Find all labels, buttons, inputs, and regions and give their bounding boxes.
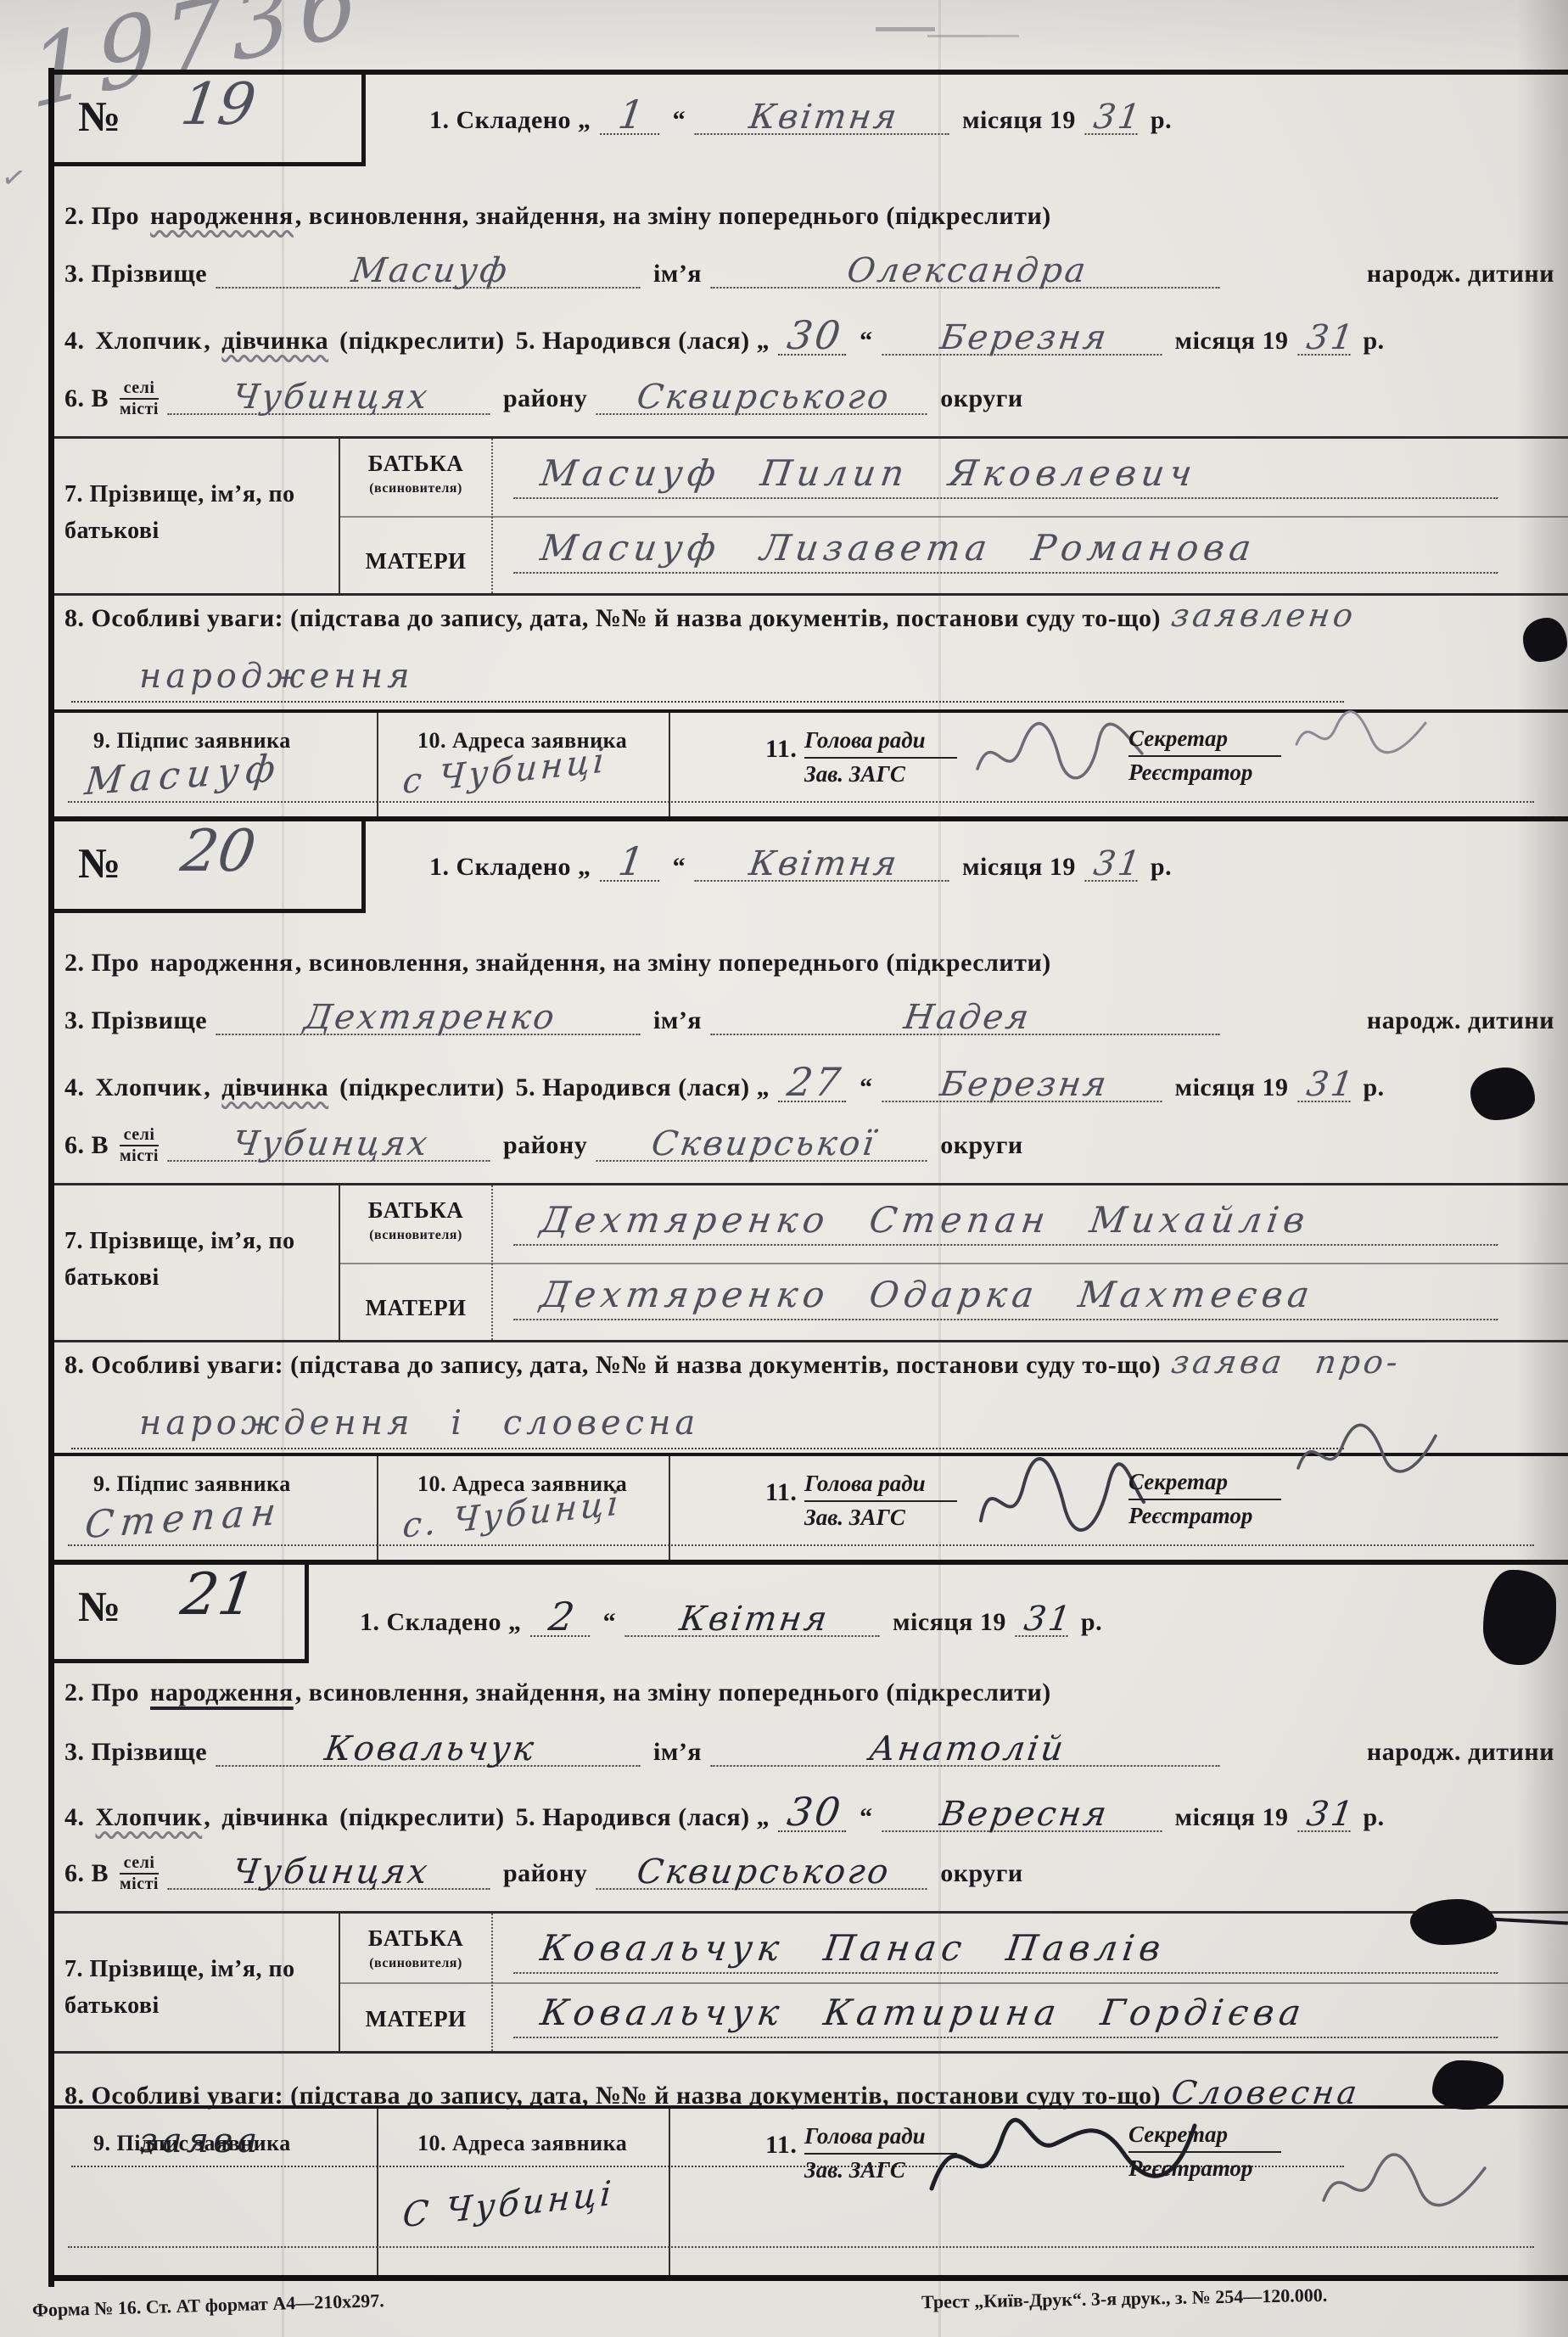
year-suffix: р. xyxy=(1151,853,1172,882)
child-suffix-label: народж. дитини xyxy=(1367,260,1554,289)
remarks-line: 8. Особливі уваги: (підстава до запису, … xyxy=(64,1343,1554,1381)
composed-month: Квітня xyxy=(694,849,953,882)
secretary-bottom-label: Реєстратор xyxy=(1128,1500,1281,1531)
underline-note: (підкреслити) xyxy=(339,1803,504,1832)
seli-misti-fraction: селі місті xyxy=(120,1125,159,1166)
village-value: Чубинцях xyxy=(167,383,494,415)
father-label: БАТЬКА xyxy=(340,1197,491,1224)
child-name-value: Надея xyxy=(710,1003,1224,1035)
form-left-border xyxy=(48,68,54,2287)
birth-date-line: 4. Хлопчик , дівчинка (підкреслити) 5. Н… xyxy=(64,319,1554,356)
birth-word-underlined: народження xyxy=(150,202,294,231)
record-number-box: № 20 xyxy=(54,821,366,913)
birth-day: 27 xyxy=(778,1066,851,1102)
seli-misti-fraction: селі місті xyxy=(120,378,159,419)
boy-word-underlined: Хлопчик xyxy=(96,1803,203,1832)
in-label: 6. В xyxy=(64,1131,109,1160)
surname-label: 3. Прізвище xyxy=(64,260,207,289)
item11-label: 11. xyxy=(765,735,797,764)
month-19-label: місяця 19 xyxy=(1175,1803,1289,1832)
official-signature xyxy=(1315,2148,1502,2224)
applicant-address: С Чубинці xyxy=(401,2174,616,2236)
composed-line: 1. Складено „ 1 “ Квітня місяця 19 31 р. xyxy=(429,845,1554,882)
remarks-line-2: народження xyxy=(71,657,1344,703)
quote-mark: “ xyxy=(860,1803,873,1832)
district-value: Сквирського xyxy=(596,383,932,415)
district-value: Сквирської xyxy=(596,1129,932,1162)
child-name-value: Анатолій xyxy=(710,1735,1224,1767)
head-top-label: Голова ради xyxy=(804,1468,957,1502)
name-label: ім’я xyxy=(653,1006,702,1035)
about-rest: , всиновлення, знайдення, на зміну попер… xyxy=(295,1678,1051,1707)
birth-word: народження xyxy=(150,949,294,978)
officials-cell: 11. Голова ради Зав. ЗАГС Секретар Реєст… xyxy=(670,2109,1568,2275)
applicant-signature: Масиуф xyxy=(83,747,284,804)
birth-day: 30 xyxy=(778,1796,851,1832)
composed-year: 31 xyxy=(1084,849,1141,882)
child-suffix-label: народж. дитини xyxy=(1367,1738,1554,1767)
record-number-box: № 19 xyxy=(54,75,366,166)
record-number: 19 xyxy=(176,71,260,138)
mother-label: МАТЕРИ xyxy=(340,548,491,574)
item8-label: 8. Особливі уваги: (підстава до запису, … xyxy=(64,1351,1161,1380)
village-value: Чубинцях xyxy=(167,1858,494,1890)
item9-label: 9. Підпис заявника xyxy=(93,2131,291,2156)
no-sign: № xyxy=(78,838,121,888)
secretary-top-label: Секретар xyxy=(1128,2119,1281,2153)
record-20: № 20 1. Складено „ 1 “ Квітня місяця 19 … xyxy=(54,816,1568,1560)
secretary-label: Секретар Реєстратор xyxy=(1128,1466,1281,1532)
year-suffix: р. xyxy=(1364,327,1385,356)
head-top-label: Голова ради xyxy=(804,725,957,759)
father-name-value: Ковальчук Панас Павлів xyxy=(513,1927,1504,1974)
child-name-value: Олександра xyxy=(710,256,1224,289)
quote-mark: “ xyxy=(673,106,686,135)
year-suffix: р. xyxy=(1364,1073,1385,1102)
item7-label: 7. Прізвище, ім’я, по батькові xyxy=(64,1223,311,1297)
secretary-top-label: Секретар xyxy=(1128,723,1281,757)
quote-mark: “ xyxy=(673,853,686,882)
comma: , xyxy=(204,1803,210,1832)
head-bottom-label: Зав. ЗАГС xyxy=(804,1502,957,1533)
boy-word: Хлопчик xyxy=(96,327,203,356)
seli-label: селі xyxy=(120,378,159,400)
misti-label: місті xyxy=(120,1875,159,1894)
mother-label: МАТЕРИ xyxy=(340,2006,491,2032)
born-label: 5. Народився (лася) „ xyxy=(516,1803,770,1832)
okruga-label: округи xyxy=(940,1131,1022,1160)
rayon-label: району xyxy=(503,1859,587,1888)
form-imprint-right: Трест „Київ-Друк“. 3-я друк., з. № 254—1… xyxy=(921,2284,1328,2313)
registry-form: № 19 1. Складено „ 1 “ Квітня місяця 19 … xyxy=(54,70,1568,2281)
name-label: ім’я xyxy=(653,1738,702,1767)
scanned-registry-page: 19736 ✓ № 19 1. Складено „ 1 “ Квітня мі… xyxy=(0,0,1568,2337)
item8-label: 8. Особливі уваги: (підстава до запису, … xyxy=(64,604,1161,633)
place-line: 6. В селі місті Чубинцях району Сквирськ… xyxy=(64,1853,1554,1894)
signatures-row: 9. Підпис заявника Масиуф 10. Адреса зая… xyxy=(54,709,1568,816)
birth-year: 31 xyxy=(1297,1800,1354,1832)
birth-month: Вересня xyxy=(882,1800,1166,1832)
okruga-label: округи xyxy=(940,384,1022,413)
rayon-label: району xyxy=(503,1131,587,1160)
about-rest: , всиновлення, знайдення, на зміну попер… xyxy=(295,202,1051,231)
comma: , xyxy=(204,1073,210,1102)
parents-table: 7. Прізвище, ім’я, по батькові БАТЬКА (в… xyxy=(54,1183,1568,1342)
mother-name-value: Масиуф Лизавета Романова xyxy=(513,527,1504,574)
record-number-box: № 21 xyxy=(54,1565,309,1663)
item7-label: 7. Прізвище, ім’я, по батькові xyxy=(64,1951,311,2025)
father-name-value: Масиуф Пилип Яковлевич xyxy=(513,452,1504,499)
girl-word-underlined: дівчинка xyxy=(221,327,328,356)
secretary-bottom-label: Реєстратор xyxy=(1128,2153,1281,2183)
child-name-line: 3. Прізвище Ковальчук ім’я Анатолій наро… xyxy=(64,1735,1554,1767)
composed-label: 1. Складено „ xyxy=(429,106,591,135)
secretary-label: Секретар Реєстратор xyxy=(1128,723,1281,788)
item7-label: 7. Прізвище, ім’я, по батькові xyxy=(64,476,311,550)
mother-name-value: Ковальчук Катирина Гордієва xyxy=(513,1992,1504,2038)
signatures-row: 9. Підпис заявника Степан 10. Адреса зая… xyxy=(54,1453,1568,1560)
head-of-council-label: Голова ради Зав. ЗАГС xyxy=(804,1468,957,1533)
surname-value: Масиуф xyxy=(216,256,644,289)
father-label: БАТЬКА xyxy=(340,1925,491,1952)
place-line: 6. В селі місті Чубинцях району Сквирськ… xyxy=(64,1125,1554,1166)
form-imprint-left: Форма № 16. Ст. АТ формат А4—210x297. xyxy=(32,2289,384,2322)
rayon-label: району xyxy=(503,384,587,413)
composed-label: 1. Складено „ xyxy=(429,853,591,882)
father-sublabel: (всиновителя) xyxy=(340,1228,491,1243)
district-value: Сквирського xyxy=(596,1858,932,1890)
secretary-label: Секретар Реєстратор xyxy=(1128,2119,1281,2184)
birth-month: Березня xyxy=(882,323,1166,356)
item4-label: 4. xyxy=(64,1803,85,1832)
applicant-address-cell: 10. Адреса заявника С Чубинці xyxy=(378,2109,670,2275)
birth-date-line: 4. Хлопчик , дівчинка (підкреслити) 5. Н… xyxy=(64,1066,1554,1102)
surname-value: Дехтяренко xyxy=(216,1003,644,1035)
signatures-row: 9. Підпис заявника 10. Адреса заявника С… xyxy=(54,2105,1568,2275)
record-19: № 19 1. Складено „ 1 “ Квітня місяця 19 … xyxy=(54,70,1568,816)
remark-value-2: нарождення і словесна xyxy=(139,1404,699,1443)
ink-blot xyxy=(1470,1068,1535,1120)
record-type-line: 2. Про народження , всиновлення, знайден… xyxy=(64,202,1554,231)
underline-note: (підкреслити) xyxy=(339,327,504,356)
year-suffix: р. xyxy=(1364,1803,1385,1832)
birth-day: 30 xyxy=(778,319,851,356)
quote-mark: “ xyxy=(603,1608,617,1637)
remarks-line-2: нарождення і словесна xyxy=(71,1404,1344,1449)
item10-label: 10. Адреса заявника xyxy=(417,2131,627,2156)
father-sublabel: (всиновителя) xyxy=(340,1956,491,1971)
no-sign: № xyxy=(78,1582,121,1631)
item11-label: 11. xyxy=(765,2131,797,2160)
birth-date-line: 4. Хлопчик , дівчинка (підкреслити) 5. Н… xyxy=(64,1796,1554,1832)
composed-label: 1. Складено „ xyxy=(360,1608,522,1637)
parents-row-divider xyxy=(339,1263,1568,1264)
record-number: 21 xyxy=(176,1561,260,1628)
girl-word: дівчинка xyxy=(221,1803,328,1832)
girl-word-underlined: дівчинка xyxy=(221,1073,328,1102)
secretary-bottom-label: Реєстратор xyxy=(1128,757,1281,787)
remark-value-2: народження xyxy=(139,657,414,696)
seli-misti-fraction: селі місті xyxy=(120,1853,159,1894)
birth-word-underlined: народження xyxy=(150,1678,294,1707)
composed-month: Квітня xyxy=(624,1605,883,1637)
no-sign: № xyxy=(78,92,121,141)
surname-label: 3. Прізвище xyxy=(64,1738,207,1767)
mother-name-value: Дехтяренко Одарка Махтеєва xyxy=(513,1274,1504,1320)
month-19-label: місяця 19 xyxy=(1175,1073,1289,1102)
village-value: Чубинцях xyxy=(167,1129,494,1162)
composed-year: 31 xyxy=(1084,103,1141,135)
surname-label: 3. Прізвище xyxy=(64,1006,207,1035)
parents-row-divider xyxy=(339,516,1568,518)
remark-value-1: заявлено xyxy=(1169,597,1358,634)
okruga-label: округи xyxy=(940,1859,1022,1888)
record-21: № 21 1. Складено „ 2 “ Квітня місяця 19 … xyxy=(54,1560,1568,2281)
item4-label: 4. xyxy=(64,1073,85,1102)
ink-blot xyxy=(1410,1899,1497,1945)
composed-day: 1 xyxy=(600,98,664,135)
head-of-council-label: Голова ради Зав. ЗАГС xyxy=(804,725,957,790)
signature-baseline xyxy=(68,1544,1534,1546)
misti-label: місті xyxy=(120,400,159,419)
misti-label: місті xyxy=(120,1146,159,1166)
about-label: 2. Про xyxy=(64,202,139,231)
item11-label: 11. xyxy=(765,1478,797,1507)
composed-year: 31 xyxy=(1015,1605,1072,1637)
birth-month: Березня xyxy=(882,1070,1166,1102)
secretary-top-label: Секретар xyxy=(1128,1466,1281,1500)
father-label: БАТЬКА xyxy=(340,451,491,477)
record-type-line: 2. Про народження , всиновлення, знайден… xyxy=(64,949,1554,978)
applicant-signature-cell: 9. Підпис заявника xyxy=(54,2109,378,2275)
boy-word: Хлопчик xyxy=(96,1073,203,1102)
name-label: ім’я xyxy=(653,260,702,289)
composed-day: 2 xyxy=(530,1600,595,1637)
composed-line: 1. Складено „ 2 “ Квітня місяця 19 31 р. xyxy=(360,1600,1554,1637)
born-label: 5. Народився (лася) „ xyxy=(516,327,770,356)
about-label: 2. Про xyxy=(64,1678,139,1707)
parents-table: 7. Прізвище, ім’я, по батькові БАТЬКА (в… xyxy=(54,1911,1568,2054)
head-bottom-label: Зав. ЗАГС xyxy=(804,759,957,789)
pencil-check-mark: ✓ xyxy=(0,160,29,197)
seli-label: селі xyxy=(120,1853,159,1875)
place-line: 6. В селі місті Чубинцях району Сквирськ… xyxy=(64,378,1554,419)
about-label: 2. Про xyxy=(64,949,139,978)
year-suffix: р. xyxy=(1081,1608,1102,1637)
parents-table: 7. Прізвище, ім’я, по батькові БАТЬКА (в… xyxy=(54,436,1568,596)
child-name-line: 3. Прізвище Масиуф ім’я Олександра народ… xyxy=(64,256,1554,289)
birth-year: 31 xyxy=(1297,323,1354,356)
official-signature xyxy=(1290,706,1434,765)
comma: , xyxy=(204,327,210,356)
about-rest: , всиновлення, знайдення, на зміну попер… xyxy=(295,949,1051,978)
month-19-label: місяця 19 xyxy=(962,106,1076,135)
parents-row-divider xyxy=(339,1982,1568,1984)
quote-mark: “ xyxy=(860,1073,873,1102)
official-signature xyxy=(969,1461,1147,1546)
composed-month: Квітня xyxy=(694,103,953,135)
month-19-label: місяця 19 xyxy=(962,853,1076,882)
underline-note: (підкреслити) xyxy=(339,1073,504,1102)
seli-label: селі xyxy=(120,1125,159,1146)
surname-value: Ковальчук xyxy=(216,1735,644,1767)
in-label: 6. В xyxy=(64,384,109,413)
ink-blot xyxy=(1523,618,1567,662)
signature-baseline xyxy=(68,2246,1534,2248)
father-sublabel: (всиновителя) xyxy=(340,481,491,496)
year-suffix: р. xyxy=(1151,106,1172,135)
composed-line: 1. Складено „ 1 “ Квітня місяця 19 31 р. xyxy=(429,98,1554,135)
applicant-signature: Степан xyxy=(83,1490,285,1548)
in-label: 6. В xyxy=(64,1859,109,1888)
record-number: 20 xyxy=(176,818,260,885)
pencil-dash-marks xyxy=(876,27,935,31)
mother-label: МАТЕРИ xyxy=(340,1295,491,1321)
born-label: 5. Народився (лася) „ xyxy=(516,1073,770,1102)
birth-year: 31 xyxy=(1297,1070,1354,1102)
official-signature xyxy=(1290,1417,1442,1494)
remark-value-1: заява про- xyxy=(1169,1343,1403,1381)
signature-baseline xyxy=(68,801,1534,803)
month-19-label: місяця 19 xyxy=(893,1608,1006,1637)
composed-day: 1 xyxy=(600,845,664,882)
item4-label: 4. xyxy=(64,327,85,356)
official-signature xyxy=(969,718,1147,794)
child-suffix-label: народж. дитини xyxy=(1367,1006,1554,1035)
record-type-line: 2. Про народження , всиновлення, знайден… xyxy=(64,1678,1554,1707)
remarks-line: 8. Особливі уваги: (підстава до запису, … xyxy=(64,597,1554,634)
month-19-label: місяця 19 xyxy=(1175,327,1289,356)
father-name-value: Дехтяренко Степан Михайлів xyxy=(513,1199,1504,1246)
child-name-line: 3. Прізвище Дехтяренко ім’я Надея народж… xyxy=(64,1003,1554,1035)
quote-mark: “ xyxy=(860,327,873,356)
